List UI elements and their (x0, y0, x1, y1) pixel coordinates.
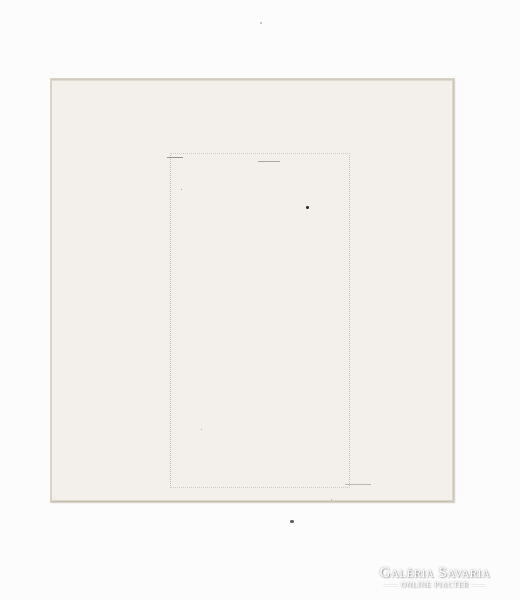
dust-speck (201, 429, 202, 430)
plate-mark-outline (170, 153, 350, 488)
paper-edge-bottom (51, 500, 454, 502)
paper-edge-left (51, 79, 52, 502)
dust-speck (290, 520, 294, 523)
dust-speck (181, 189, 182, 190)
watermark-rule-right (472, 585, 486, 586)
plate-bottom-mark (345, 484, 371, 485)
plate-top-mark (258, 161, 280, 162)
watermark-rule-left (384, 585, 398, 586)
paper-sheet (51, 79, 454, 502)
watermark-title: Galéria Savaria (360, 566, 510, 581)
gallery-watermark: Galéria Savaria ONLINE PIACTER (360, 566, 510, 589)
dust-speck (260, 22, 262, 24)
paper-edge-top (51, 79, 454, 81)
dust-speck (331, 499, 332, 500)
watermark-subtitle: ONLINE PIACTER (401, 582, 469, 589)
paper-edge-right (452, 79, 454, 502)
watermark-subtitle-row: ONLINE PIACTER (360, 582, 510, 589)
ink-speck (306, 206, 309, 209)
plate-corner-mark (167, 157, 183, 158)
